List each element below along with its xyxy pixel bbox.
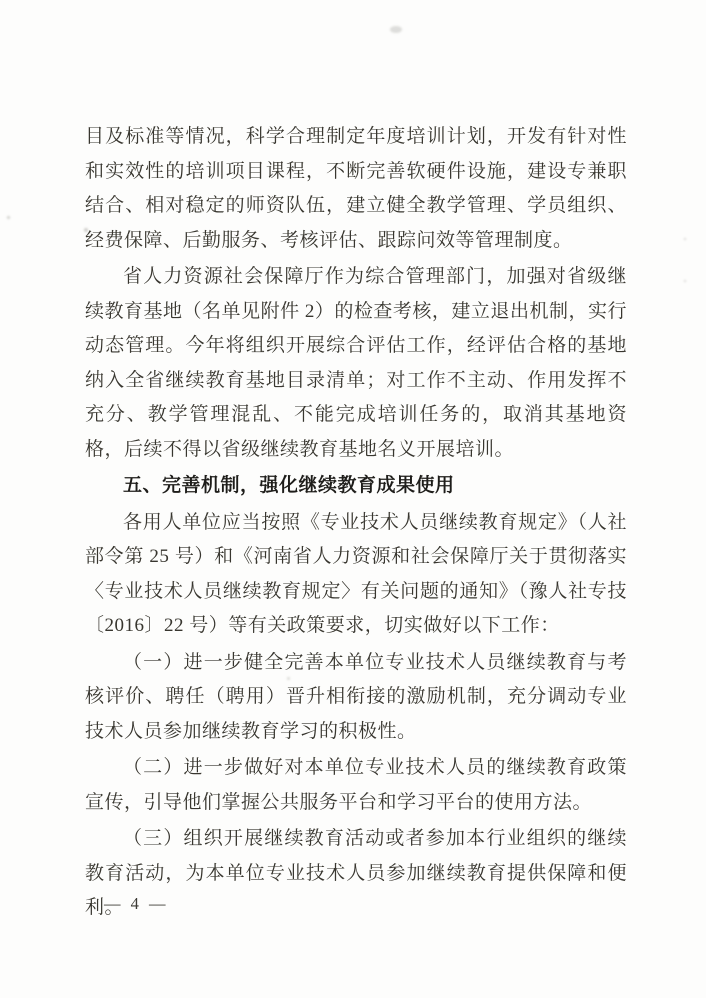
document-body: 目及标准等情况，科学合理制定年度培训计划，开发有针对性和实效性的培训项目课程，不…	[85, 120, 627, 928]
body-paragraph-provincial-dept: 省人力资源社会保障厅作为综合管理部门，加强对省级继续教育基地（名单见附件 2）的…	[85, 260, 627, 467]
scan-artifact	[390, 26, 402, 33]
scanned-document-page: 目及标准等情况，科学合理制定年度培训计划，开发有针对性和实效性的培训项目课程，不…	[0, 0, 706, 998]
body-paragraph-item-one: （一）进一步健全完善本单位专业技术人员继续教育与考核评价、聘任（聘用）晋升相衔接…	[85, 646, 627, 750]
scan-artifact	[684, 238, 686, 240]
body-paragraph-policy-basis: 各用人单位应当按照《专业技术人员继续教育规定》（人社部令第 25 号）和《河南省…	[85, 506, 627, 644]
page-number: — 4 —	[104, 894, 169, 914]
section-heading-five: 五、完善机制，强化继续教育成果使用	[85, 469, 627, 504]
scan-artifact	[684, 280, 686, 282]
body-paragraph-continuation: 目及标准等情况，科学合理制定年度培训计划，开发有针对性和实效性的培训项目课程，不…	[85, 120, 627, 258]
body-paragraph-item-two: （二）进一步做好对本单位专业技术人员的继续教育政策宣传，引导他们掌握公共服务平台…	[85, 751, 627, 820]
scan-artifact	[7, 216, 10, 219]
